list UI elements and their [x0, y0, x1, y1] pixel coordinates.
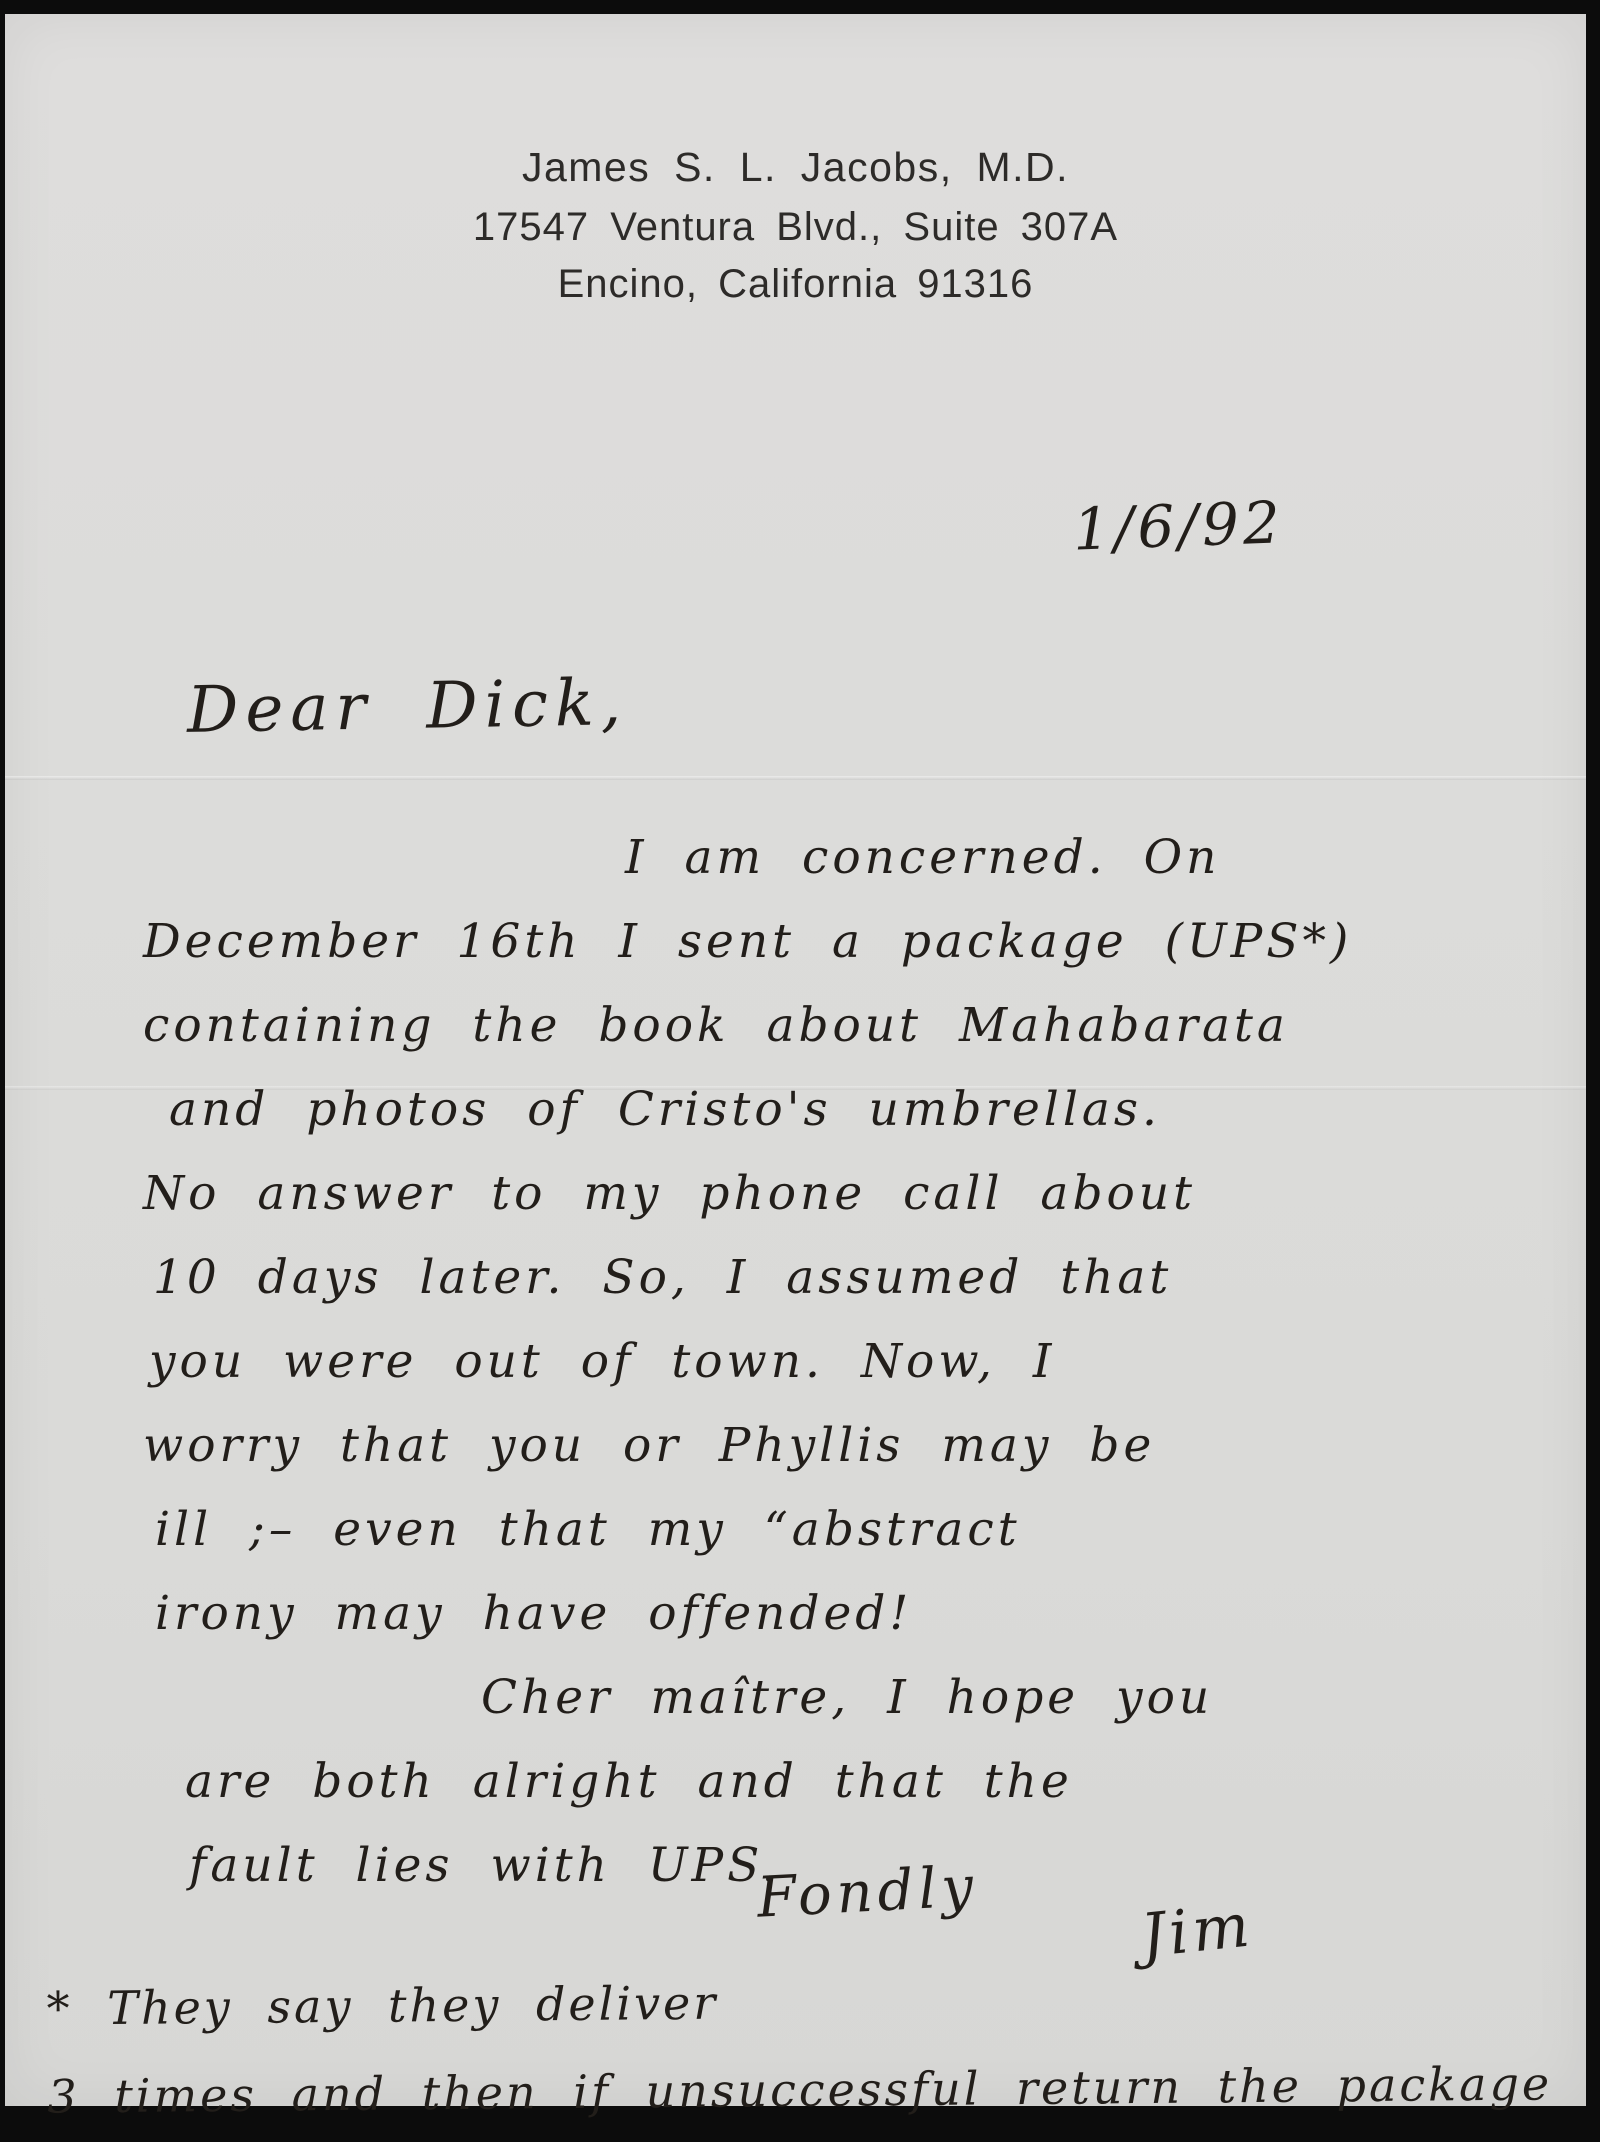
letter-line: are both alright and that the — [185, 1740, 1573, 1824]
letter-line: No answer to my phone call about — [143, 1152, 1573, 1236]
letter-line: ill ;– even that my “abstract — [155, 1488, 1573, 1572]
fold-crease — [5, 776, 1586, 780]
letterhead-city-line: Encino, California 91316 — [5, 262, 1586, 307]
footnote: * They say they deliver 3 times and then… — [46, 1951, 1552, 2140]
letter-line: containing the book about Mahabarata — [143, 984, 1573, 1068]
letter-body: I am concerned. On December 16th I sent … — [143, 816, 1573, 1908]
letter-line: 10 days later. So, I assumed that — [153, 1236, 1573, 1320]
scan-background: James S. L. Jacobs, M.D. 17547 Ventura B… — [0, 0, 1600, 2142]
letter-line: and photos of Cristo's umbrellas. — [169, 1068, 1573, 1152]
footnote-line: 3 times and then if unsuccessful return … — [47, 2039, 1552, 2140]
salutation: Dear Dick, — [186, 666, 628, 748]
closing: Fondly — [755, 1854, 979, 1930]
letter-date: 1/6/92 — [1072, 488, 1285, 563]
letterhead: James S. L. Jacobs, M.D. 17547 Ventura B… — [5, 144, 1586, 307]
letterhead-address: 17547 Ventura Blvd., Suite 307A — [5, 205, 1586, 250]
letter-line: Cher maître, I hope you — [481, 1656, 1573, 1740]
letter-page: James S. L. Jacobs, M.D. 17547 Ventura B… — [5, 14, 1586, 2106]
letterhead-name: James S. L. Jacobs, M.D. — [5, 144, 1586, 191]
letter-line: I am concerned. On — [625, 816, 1573, 900]
letter-line: irony may have offended! — [155, 1572, 1573, 1656]
letter-line: you were out of town. Now, I — [149, 1320, 1573, 1404]
footnote-line: * They say they deliver — [46, 1951, 1551, 2052]
letter-line: worry that you or Phyllis may be — [143, 1404, 1573, 1488]
letter-line: December 16th I sent a package (UPS*) — [143, 900, 1573, 984]
